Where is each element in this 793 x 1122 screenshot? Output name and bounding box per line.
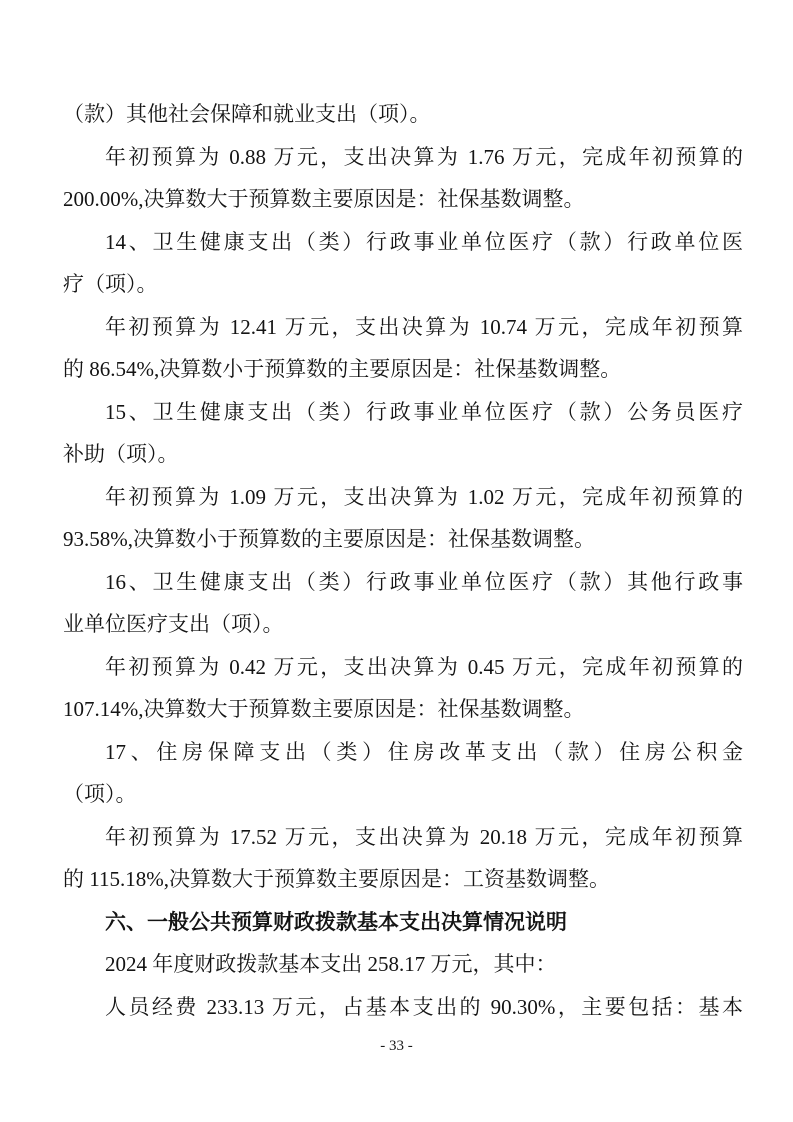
text-line: 业单位医疗支出（项）。 [63,603,743,646]
text-line: 年初预算为 0.42 万元，支出决算为 0.45 万元，完成年初预算的 [63,646,743,689]
text-line: 人员经费 233.13 万元，占基本支出的 90.30%，主要包括：基本 [63,986,743,1029]
text-line: 2024 年度财政拨款基本支出 258.17 万元，其中： [63,943,743,986]
text-line: 的 115.18%,决算数大于预算数主要原因是：工资基数调整。 [63,858,743,901]
text-line: 14、卫生健康支出（类）行政事业单位医疗（款）行政单位医 [63,221,743,264]
text-line: 93.58%,决算数小于预算数的主要原因是：社保基数调整。 [63,518,743,561]
text-line: 16、卫生健康支出（类）行政事业单位医疗（款）其他行政事 [63,561,743,604]
text-line: 年初预算为 1.09 万元，支出决算为 1.02 万元，完成年初预算的 [63,476,743,519]
text-line: 15、卫生健康支出（类）行政事业单位医疗（款）公务员医疗 [63,391,743,434]
text-line: （项）。 [63,773,743,816]
text-line: 107.14%,决算数大于预算数主要原因是：社保基数调整。 [63,688,743,731]
text-line: 疗（项）。 [63,263,743,306]
text-line: 年初预算为 12.41 万元，支出决算为 10.74 万元，完成年初预算 [63,306,743,349]
text-line: 年初预算为 17.52 万元，支出决算为 20.18 万元，完成年初预算 [63,816,743,859]
document-page: （款）其他社会保障和就业支出（项）。年初预算为 0.88 万元，支出决算为 1.… [0,0,793,1122]
document-body: （款）其他社会保障和就业支出（项）。年初预算为 0.88 万元，支出决算为 1.… [63,93,743,1028]
page-number: - 33 - [380,1038,413,1054]
text-line: 的 86.54%,决算数小于预算数的主要原因是：社保基数调整。 [63,348,743,391]
section-heading: 六、一般公共预算财政拨款基本支出决算情况说明 [63,901,743,944]
text-line: 补助（项）。 [63,433,743,476]
text-line: 200.00%,决算数大于预算数主要原因是：社保基数调整。 [63,178,743,221]
text-line: 年初预算为 0.88 万元，支出决算为 1.76 万元，完成年初预算的 [63,136,743,179]
text-line: 17、住房保障支出（类）住房改革支出（款）住房公积金 [63,731,743,774]
text-line: （款）其他社会保障和就业支出（项）。 [63,93,743,136]
page-footer: - 33 - [0,1036,793,1056]
